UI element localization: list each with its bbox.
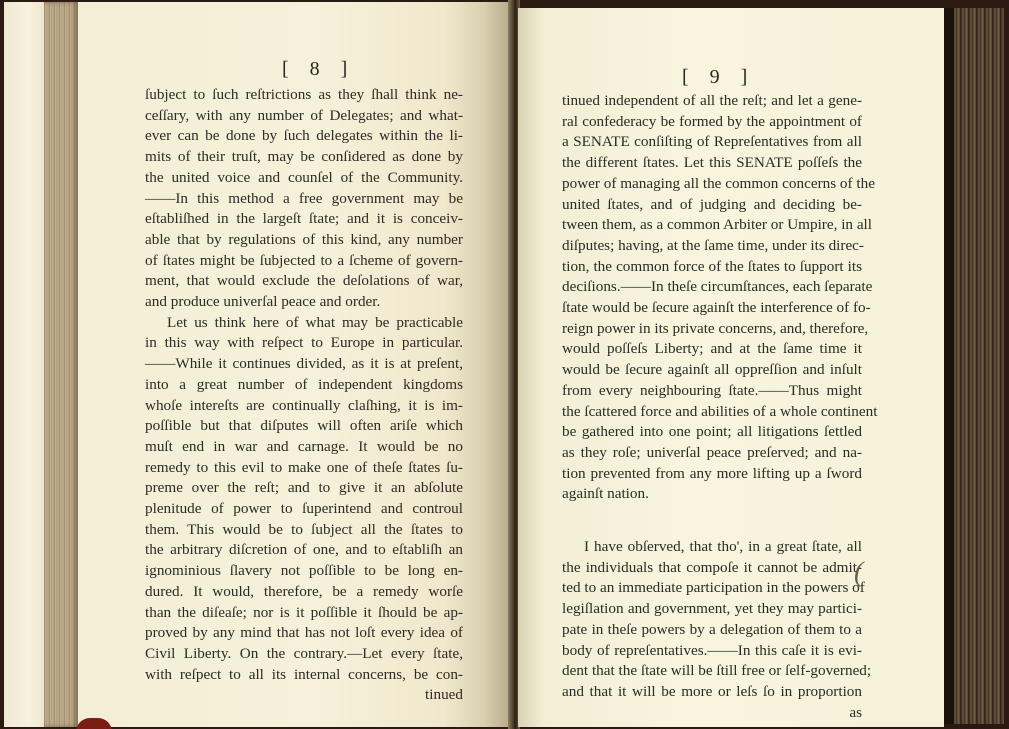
text-line: as they roſe; univerſal peace preſerved;… xyxy=(562,443,862,464)
paragraph-gap xyxy=(562,525,862,537)
text-line: pate in theſe powers by a delegation of … xyxy=(562,620,862,641)
text-line: reign power in its private concerns, and… xyxy=(562,319,862,340)
left-page-edges xyxy=(44,2,78,727)
text-line: would be ſecure againſt all oppreſſion a… xyxy=(562,360,862,381)
text-line: into a great number of independent kingd… xyxy=(145,375,463,396)
handwritten-margin-mark: ( xyxy=(854,553,876,593)
text-line: remedy to this evil to make one of theſe… xyxy=(145,458,463,479)
right-page-edges xyxy=(944,8,1004,724)
text-line: muſt end in war and carnage. It would be… xyxy=(145,437,463,458)
text-line: whoſe intereſts are continually claſhing… xyxy=(145,396,463,417)
text-line: deciſions.——In theſe circumſtances, each… xyxy=(562,277,862,298)
catchword: as xyxy=(562,703,862,724)
paragraph-gap xyxy=(562,505,862,525)
text-line: ment, that would exclude the deſolations… xyxy=(145,271,463,292)
text-line: plenitude of power to ſuperintend and co… xyxy=(145,499,463,520)
text-line: mits of their truſt, may be conſidered a… xyxy=(145,147,463,168)
text-line: tinued independent of all the reſt; and … xyxy=(562,91,862,112)
text-line: and that it will be more or leſs ſo in p… xyxy=(562,682,862,703)
catchword: tinued xyxy=(145,685,463,706)
text-line: tween them, as a common Arbiter or Umpir… xyxy=(562,215,862,236)
text-line: ral confederacy be formed by the appoint… xyxy=(562,112,862,133)
right-page-number: [ 9 ] xyxy=(682,66,755,89)
left-page-text: ſubject to ſuch reſtrictions as they ſha… xyxy=(145,85,463,706)
text-line: a SENATE conſiſting of Repreſentatives f… xyxy=(562,132,862,153)
text-line: ever can be done by ſuch delegates withi… xyxy=(145,126,463,147)
text-line: diſputes; having, at the ſame time, unde… xyxy=(562,236,862,257)
text-line: be gathered into one point; all litigati… xyxy=(562,422,862,443)
text-line: of ſtates might be ſubjected to a ſcheme… xyxy=(145,251,463,272)
text-line: able that by regulations of this kind, a… xyxy=(145,230,463,251)
text-line: tion prevented from any more lifting up … xyxy=(562,464,862,485)
text-line: with reſpect to all its internal concern… xyxy=(145,665,463,686)
text-line: the arbitrary diſcretion of one, and to … xyxy=(145,540,463,561)
text-line: united ſtates, and of judging and decidi… xyxy=(562,195,862,216)
text-line: ted to an immediate participation in the… xyxy=(562,578,862,599)
text-line: tion, the common force of the ſtates to … xyxy=(562,257,862,278)
text-line: Let us think here of what may be practic… xyxy=(145,313,463,334)
text-line: proved by any mind that has not loſt eve… xyxy=(145,623,463,644)
text-line: the individuals that compoſe it cannot b… xyxy=(562,558,862,579)
left-page-number: [ 8 ] xyxy=(282,58,355,81)
text-line: I have obſerved, that tho', in a great ſ… xyxy=(562,537,862,558)
text-line: body of repreſentatives.——In this caſe i… xyxy=(562,641,862,662)
text-line: in this way with reſpect to Europe in pa… xyxy=(145,333,463,354)
flyleaf xyxy=(4,2,46,727)
text-line: would poſſeſs Liberty; and at the ſame t… xyxy=(562,339,862,360)
text-line: ſtate would be ſecure againſt the interf… xyxy=(562,298,862,319)
text-line: and produce univerſal peace and order. xyxy=(145,292,463,313)
text-line: eſtabliſhed in the largeſt ſtate; and it… xyxy=(145,209,463,230)
text-line: the ſcattered force and abilities of a w… xyxy=(562,402,862,423)
text-line: ——While it continues divided, as it is a… xyxy=(145,354,463,375)
text-line: than the diſeaſe; nor is it poſſible it … xyxy=(145,603,463,624)
text-line: poſſible but that diſputes will often ar… xyxy=(145,416,463,437)
text-line: ſubject to ſuch reſtrictions as they ſha… xyxy=(145,85,463,106)
book-scan: [ 8 ] [ 9 ] ſubject to ſuch reſtrictions… xyxy=(0,0,1009,729)
text-line: from every neighbouring ſtate.——Thus mig… xyxy=(562,381,862,402)
text-line: them. This would be to ſubject all the ſ… xyxy=(145,520,463,541)
text-line: ceſſary, with any number of Delegates; a… xyxy=(145,106,463,127)
right-page-text: tinued independent of all the reſt; and … xyxy=(562,91,862,723)
text-line: legiſlation and government, yet they may… xyxy=(562,599,862,620)
text-line: power of managing all the common concern… xyxy=(562,174,862,195)
text-line: ignominious ſlavery not poſſible to be l… xyxy=(145,561,463,582)
text-line: Civil Liberty. On the contrary.—Let ever… xyxy=(145,644,463,665)
text-line: the united voice and counſel of the Comm… xyxy=(145,168,463,189)
text-line: preme over the reſt; and to give it an a… xyxy=(145,478,463,499)
text-line: ——In this method a free government may b… xyxy=(145,189,463,210)
text-line: dent that the ſtate will be ſtill free o… xyxy=(562,661,862,682)
text-line: the different ſtates. Let this SENATE po… xyxy=(562,153,862,174)
text-line: dured. It would, therefore, be a remedy … xyxy=(145,582,463,603)
text-line: againſt nation. xyxy=(562,484,862,505)
